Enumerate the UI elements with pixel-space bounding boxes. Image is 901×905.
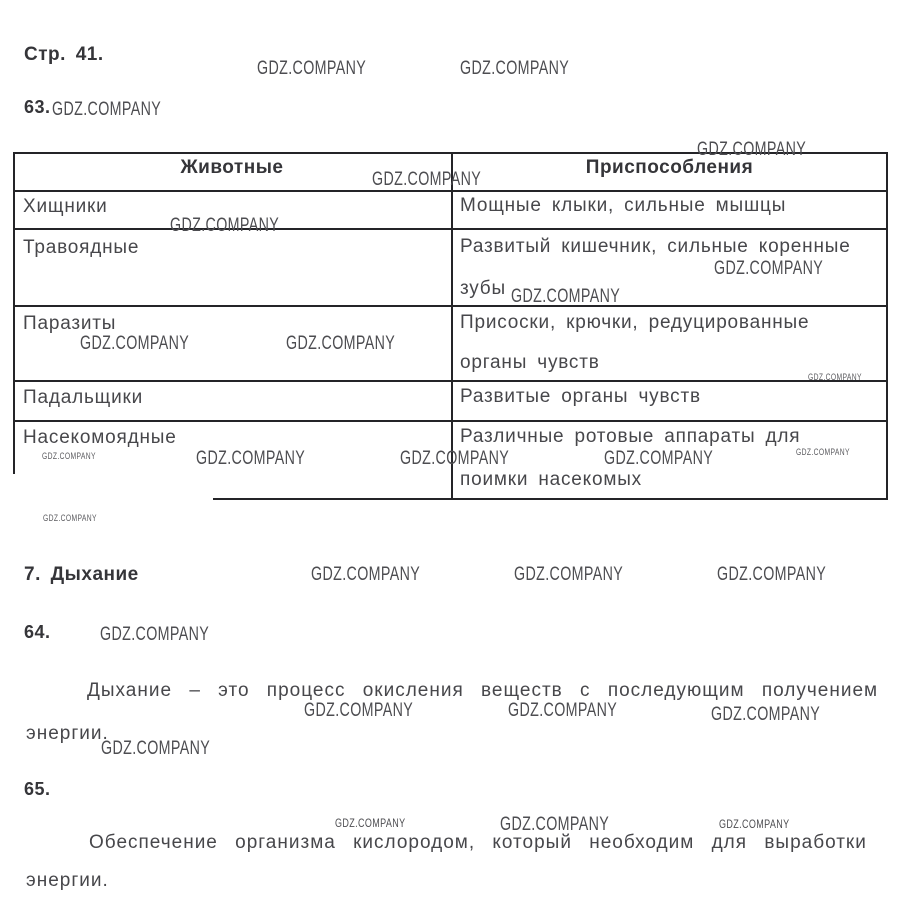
watermark: GDZ.COMPANY [514, 565, 623, 585]
watermark: GDZ.COMPANY [719, 818, 789, 831]
table-right-border [886, 152, 888, 500]
watermark: GDZ.COMPANY [714, 259, 823, 279]
watermark: GDZ.COMPANY [711, 705, 820, 725]
watermark: GDZ.COMPANY [43, 514, 97, 523]
watermark: GDZ.COMPANY [511, 287, 620, 307]
watermark: GDZ.COMPANY [170, 216, 279, 236]
watermark: GDZ.COMPANY [717, 565, 826, 585]
watermark: GDZ.COMPANY [100, 625, 209, 645]
watermark: GDZ.COMPANY [52, 100, 161, 120]
watermark: GDZ.COMPANY [42, 452, 96, 461]
watermark: GDZ.COMPANY [335, 817, 405, 830]
answer-65-line1: Обеспечение организма кислородом, которы… [89, 832, 867, 854]
watermark: GDZ.COMPANY [460, 59, 569, 79]
table-cell-adaptation: поимки насекомых [460, 469, 642, 491]
answer-64-line1: Дыхание – это процесс окисления веществ … [87, 680, 878, 702]
watermark: GDZ.COMPANY [196, 449, 305, 469]
watermark: GDZ.COMPANY [311, 565, 420, 585]
table-cell-adaptation: Различные ротовые аппараты для [460, 426, 800, 448]
watermark: GDZ.COMPANY [604, 449, 713, 469]
table-cell-adaptation: Развитые органы чувств [460, 386, 701, 408]
task-63-number: 63. [24, 97, 51, 118]
answer-65-line2: энергии. [26, 870, 109, 892]
table-cell-adaptation: Присоски, крючки, редуцированные [460, 312, 809, 334]
watermark: GDZ.COMPANY [80, 334, 189, 354]
task-65-number: 65. [24, 779, 51, 800]
table-cell-animal: Паразиты [23, 313, 116, 335]
page-number: Стр. 41. [24, 44, 104, 66]
answer-64-line2: энергии. [26, 723, 109, 745]
watermark: GDZ.COMPANY [796, 448, 850, 457]
table-cell-adaptation: Мощные клыки, сильные мышцы [460, 195, 786, 217]
watermark: GDZ.COMPANY [257, 59, 366, 79]
table-cell-adaptation: зубы [460, 278, 506, 300]
section-heading: 7. Дыхание [24, 564, 139, 586]
watermark: GDZ.COMPANY [286, 334, 395, 354]
watermark: GDZ.COMPANY [372, 170, 481, 190]
watermark: GDZ.COMPANY [400, 449, 509, 469]
watermark: GDZ.COMPANY [304, 701, 413, 721]
watermark: GDZ.COMPANY [101, 739, 210, 759]
watermark: GDZ.COMPANY [808, 373, 862, 382]
table-bottom-border [213, 498, 888, 500]
table-cell-animal: Падальщики [23, 387, 143, 409]
task-64-number: 64. [24, 622, 51, 643]
table-cell-animal: Насекомоядные [23, 427, 177, 449]
watermark: GDZ.COMPANY [508, 701, 617, 721]
table-left-border [13, 152, 15, 474]
table-cell-animal: Хищники [23, 196, 108, 218]
table-cell-adaptation: органы чувств [460, 352, 600, 374]
table-header-adaptations: Приспособления [451, 157, 888, 179]
table-cell-animal: Травоядные [23, 237, 139, 259]
table-cell-adaptation: Развитый кишечник, сильные коренные [460, 236, 851, 258]
document-page: Стр. 41. GDZ.COMPANY GDZ.COMPANY 63. GDZ… [0, 0, 901, 905]
